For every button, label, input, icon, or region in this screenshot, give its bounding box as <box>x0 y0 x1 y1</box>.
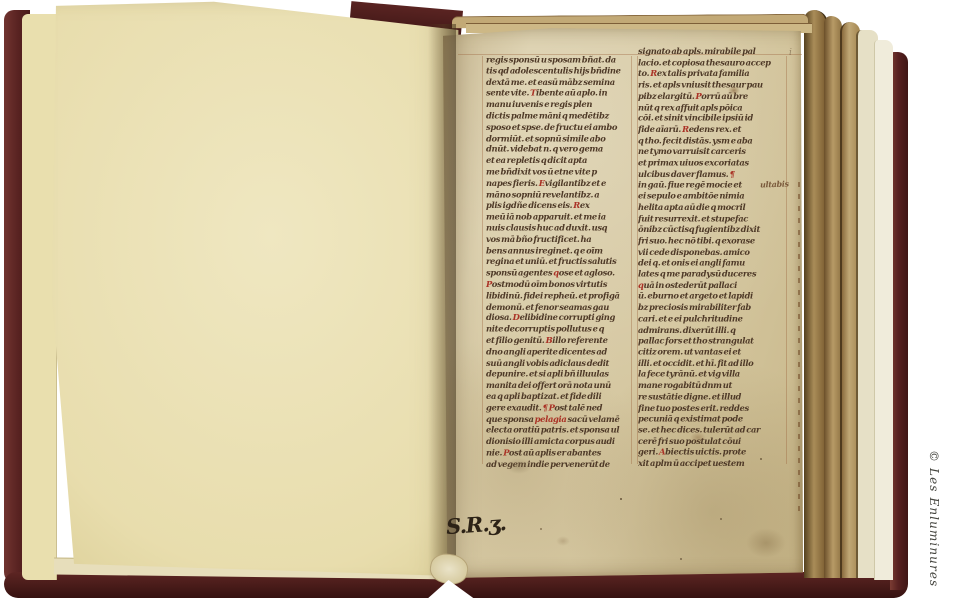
manuscript-line: mane rogabitū dnm ut <box>638 380 788 391</box>
manuscript-line: cerē fri suo postulat cōui <box>638 435 788 446</box>
manuscript-line: et filio genitū. Billo referente <box>486 335 633 346</box>
manuscript-line: et ea repletis q dicit apta <box>486 155 633 166</box>
manuscript-line: napes fieris. Evigilantibz et e <box>486 177 633 188</box>
manuscript-line: signato ab apls. mirabile pal <box>638 46 788 57</box>
manuscript-line: fide aīarū. Redens rex. et <box>638 124 788 135</box>
manuscript-line: pallac fors et tho strangulat <box>638 335 788 346</box>
manuscript-line: sponsū agentes qose et agloso. <box>486 267 633 278</box>
manuscript-line: depunire. et si apli bñ illuulas <box>486 368 633 379</box>
manuscript-line: pibz elargitū. Porrū aū bre <box>638 90 788 101</box>
manuscript-line: dormiūt. et sopnū simile abo <box>486 133 633 144</box>
manuscript-line: fuit resurrexit. et stupefac <box>638 213 788 224</box>
manuscript-photo: regis sponsū u sposam bñat. datis qd ado… <box>0 0 960 600</box>
text-column-2: signato ab apls. mirabile pallacio. et c… <box>638 46 788 470</box>
manuscript-line: to. Rex talis privata familia <box>638 68 788 79</box>
manuscript-line: demonū. et fenor seamas gau <box>486 301 633 312</box>
quire-signature: S.R.ʒ. <box>445 510 506 539</box>
manuscript-line: nūt q rex affuit apls pōica <box>638 101 788 112</box>
manuscript-line: fine tuo postes erit. reddes <box>638 402 788 413</box>
manuscript-line: vos mā bño fructificet. ha <box>486 234 633 245</box>
manuscript-line: citiz orem. ut vantas ei et <box>638 346 788 357</box>
manuscript-line: tis qd adolescentulis hijs bñdine <box>486 65 633 76</box>
manuscript-line: illi. et occidit. et hī. fit ad illo <box>638 358 788 369</box>
manuscript-line: quā in ostederūt pallaci <box>638 280 788 291</box>
folio-number: i <box>789 48 792 58</box>
manuscript-line: lates q me paradysū duceres <box>638 268 788 279</box>
manuscript-line: ōnibz cūctisq fugientibz dixit <box>638 224 788 235</box>
manuscript-line: nuis clausis huc ad duxit. usq <box>486 222 633 233</box>
manuscript-line: ei sepulo e ambitōe nimia <box>638 191 788 202</box>
manuscript-line: vii cede disponebas. amico <box>638 246 788 257</box>
manuscript-line: Postmodū oīm bonos virtutis <box>486 279 633 290</box>
manuscript-line: dnūt. videbat n. q vero gema <box>486 144 633 155</box>
manuscript-line: dictis palme māni q medētibz <box>486 110 633 121</box>
manuscript-line: me bñdixit vos ū etne vite p <box>486 166 633 177</box>
manuscript-line: plis igdñe dicens eis. Rex <box>486 200 633 211</box>
manuscript-line: xit aplm ū accipet uestem <box>638 458 788 469</box>
manuscript-line: cari. et e ei pulchritudine <box>638 313 788 324</box>
left-flyleaf-edge <box>22 14 57 580</box>
manuscript-line: nie. Post aū aplis er abantes <box>486 447 633 458</box>
ruling-line-col1-left <box>482 56 483 464</box>
manuscript-line: electa oratiū patris. et sponsa ul <box>486 424 633 435</box>
manuscript-line: cōi. et sinit vincibile ipsiū id <box>638 113 788 124</box>
ink-stain-3 <box>690 432 706 443</box>
manuscript-line: geri. Abiectis uictis. prote <box>638 447 788 458</box>
manuscript-line: re sustātie digne. et illud <box>638 391 788 402</box>
margin-note: ultabis <box>760 179 789 190</box>
text-column-1: regis sponsū u sposam bñat. datis qd ado… <box>486 54 633 473</box>
manuscript-line: ū. eburno et argeto et lapidi <box>638 291 788 302</box>
manuscript-line: admirans. dixerūt illi. q <box>638 324 788 335</box>
manuscript-line: manu iuvenis e regis plen <box>486 99 633 110</box>
gutter-shadow <box>428 24 456 580</box>
manuscript-line: meū iā nob apparuit. et me ia <box>486 211 633 222</box>
manuscript-line: fri suo. hec nō tibi. q exorase <box>638 235 788 246</box>
manuscript-line: sposo et spse. de fructu ei ambo <box>486 121 633 132</box>
manuscript-line: dno angli aperite dicentes ad <box>486 346 633 357</box>
manuscript-line: sente vite. Tibente aū aplo. in <box>486 88 633 99</box>
manuscript-line: et primax uiuos excoriatas <box>638 157 788 168</box>
manuscript-line: dextā me. et easū mābz semina <box>486 76 633 87</box>
left-blank-page <box>40 0 460 588</box>
manuscript-line: se. et hec dices. tulerūt ad car <box>638 424 788 435</box>
manuscript-line: que sponsa pelagia sacū velamē <box>486 413 633 424</box>
manuscript-line: pecuniā q existimat pode <box>638 413 788 424</box>
manuscript-line: regina et uniū. et fructis salutis <box>486 256 633 267</box>
manuscript-line: helita apta aū die q mocril <box>638 202 788 213</box>
manuscript-line: gere exaudit. ¶ Post talē ned <box>486 402 633 413</box>
manuscript-line: suū angli vobis adiclaus dedit <box>486 357 633 368</box>
manuscript-line: bens annus ireginet. q e oīm <box>486 245 633 256</box>
ink-stain-2 <box>728 86 740 95</box>
ink-stain-5 <box>556 536 570 546</box>
manuscript-line: nite decorruptis pollutus e q <box>486 323 633 334</box>
endpaper-edge-2 <box>874 40 893 580</box>
manuscript-line: lacio. et copiosa thesauro accep <box>638 57 788 68</box>
manuscript-line: māno sopniū revelantibz. a <box>486 189 633 200</box>
manuscript-line: libidinū. fidei repheū. et profigā <box>486 290 633 301</box>
manuscript-line: diosa. Delibidine corrupti ging <box>486 312 633 323</box>
manuscript-line: bz preciosis mirabiliter fab <box>638 302 788 313</box>
ink-stain-4 <box>746 528 786 558</box>
manuscript-line: regis sponsū u sposam bñat. da <box>486 54 633 65</box>
manuscript-line: ea q apli baptizat. et fide dili <box>486 391 633 402</box>
ink-specks <box>620 498 622 500</box>
manuscript-line: manita dei offert orā nota unū <box>486 380 633 391</box>
manuscript-line: dionisio illi amicta corpus audi <box>486 436 633 447</box>
manuscript-line: ne tymo varruisit carceris <box>638 146 788 157</box>
stitch-repair-line <box>798 182 800 518</box>
manuscript-line: ris. et apls vniusit thesaur pau <box>638 79 788 90</box>
manuscript-line: q tho. fecit distās. ysm e aba <box>638 135 788 146</box>
manuscript-line: dei q. et onis ei angli famu <box>638 257 788 268</box>
manuscript-line: ulcibus daver flamus. ¶ <box>638 168 788 179</box>
ink-stain-1 <box>506 458 532 474</box>
photo-credit: © Les Enluminures <box>927 450 941 587</box>
manuscript-line: la fece tyrānū. et vig villa <box>638 369 788 380</box>
